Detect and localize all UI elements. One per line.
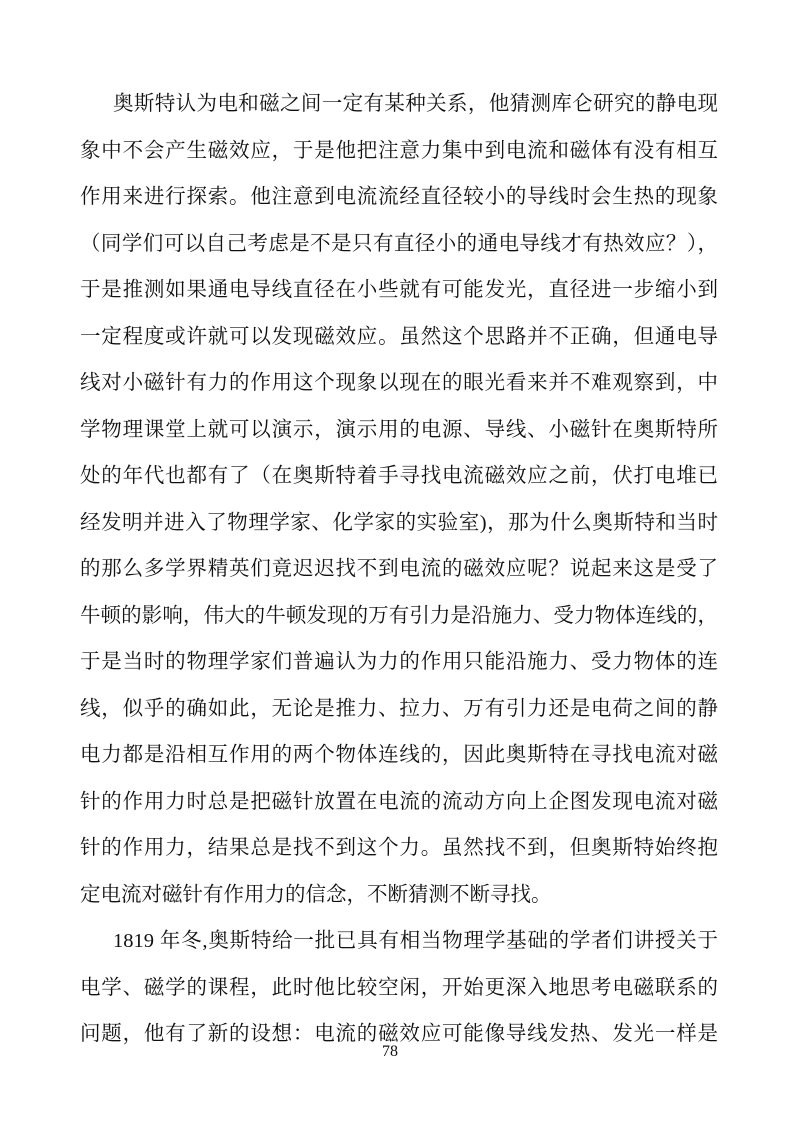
text-line: 象中不会产生磁效应，于是他把注意力集中到电流和磁体有没有相互 [80,128,718,175]
text-line: 针的作用力时总是把磁针放置在电流的流动方向上企图发现电流对磁 [80,779,718,826]
text-line: 电力都是沿相互作用的两个物体连线的，因此奥斯特在寻找电流对磁 [80,732,718,779]
text-line: 处的年代也都有了（在奥斯特着手寻找电流磁效应之前，伏打电堆已 [80,453,718,500]
text-line: 奥斯特认为电和磁之间一定有某种关系，他猜测库仑研究的静电现 [80,81,718,128]
text-line: 线，似乎的确如此，无论是推力、拉力、万有引力还是电荷之间的静 [80,686,718,733]
text-line: 学物理课堂上就可以演示，演示用的电源、导线、小磁针在奥斯特所 [80,407,718,454]
document-page: 奥斯特认为电和磁之间一定有某种关系，他猜测库仑研究的静电现象中不会产生磁效应，于… [0,0,800,1136]
text-line: 1819 年冬,奥斯特给一批已具有相当物理学基础的学者们讲授关于 [80,918,718,965]
text-line: 电学、磁学的课程，此时他比较空闲，开始更深入地思考电磁联系的 [80,965,718,1012]
body-text: 奥斯特认为电和磁之间一定有某种关系，他猜测库仑研究的静电现象中不会产生磁效应，于… [80,81,718,1058]
text-line: 定电流对磁针有作用力的信念，不断猜测不断寻找。 [80,872,718,919]
text-line: 经发明并进入了物理学家、化学家的实验室)，那为什么奥斯特和当时 [80,500,718,547]
text-line: 的那么多学界精英们竟迟迟找不到电流的磁效应呢？说起来这是受了 [80,546,718,593]
text-line: 牛顿的影响，伟大的牛顿发现的万有引力是沿施力、受力物体连线的， [80,593,718,640]
text-line: 作用来进行探索。他注意到电流流经直径较小的导线时会生热的现象 [80,174,718,221]
text-line: （同学们可以自己考虑是不是只有直径小的通电导线才有热效应？）， [80,221,718,268]
text-line: 于是当时的物理学家们普遍认为力的作用只能沿施力、受力物体的连 [80,639,718,686]
text-line: 一定程度或许就可以发现磁效应。虽然这个思路并不正确，但通电导 [80,314,718,361]
text-line: 于是推测如果通电导线直径在小些就有可能发光，直径进一步缩小到 [80,267,718,314]
text-line: 线对小磁针有力的作用这个现象以现在的眼光看来并不难观察到，中 [80,360,718,407]
text-line: 针的作用力，结果总是找不到这个力。虽然找不到，但奥斯特始终抱 [80,825,718,872]
page-number: 78 [80,1042,700,1062]
